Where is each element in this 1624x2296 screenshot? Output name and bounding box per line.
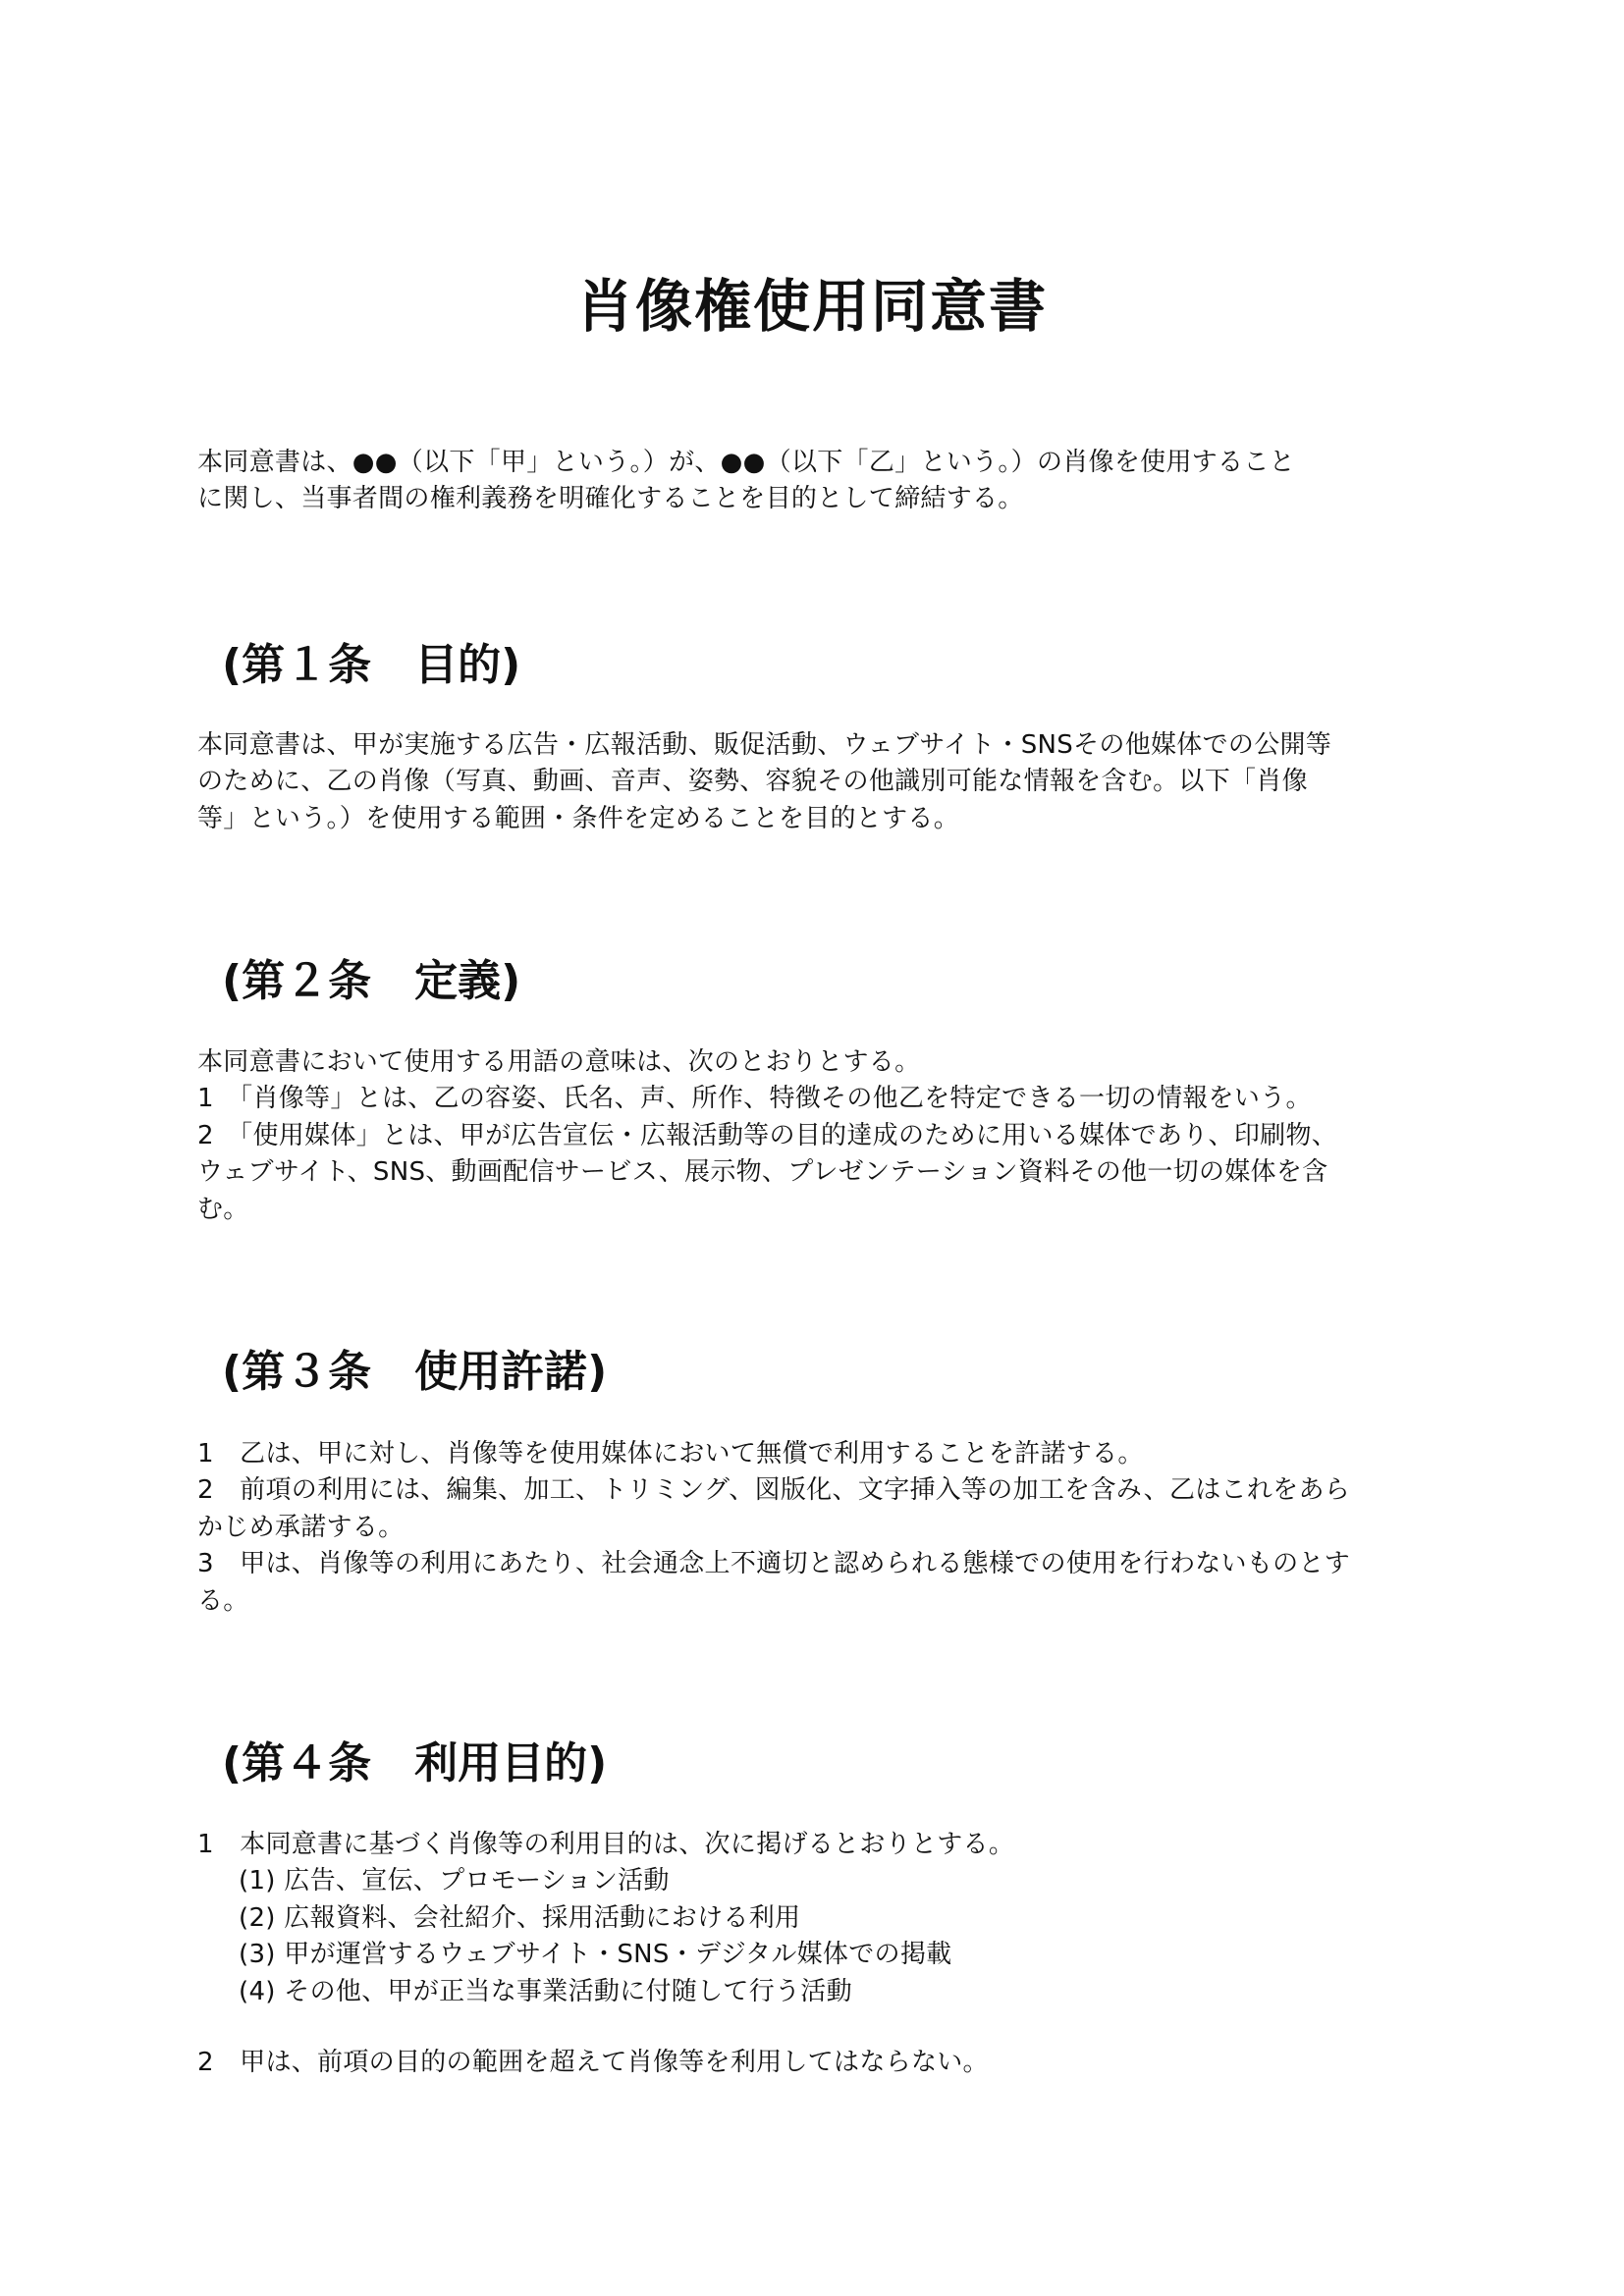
purpose-list-item: (1) 広告、宣伝、プロモーション活動 [197, 1863, 1435, 1899]
article-line: 2 甲は、前項の目的の範囲を超えて肖像等を利用してはならない。 [197, 2045, 1435, 2081]
document-page: 肖像権使用同意書 本同意書は、●●（以下「甲」という。）が、●●（以下「乙」とい… [0, 0, 1624, 2296]
article-line: かじめ承諾する。 [197, 1510, 1435, 1546]
article-3-heading: (第３条 使用許諾) [222, 1343, 607, 1402]
purpose-list-item: (4) その他、甲が正当な事業活動に付随して行う活動 [197, 1974, 1435, 2010]
article-line: 1 本同意書に基づく肖像等の利用目的は、次に掲げるとおりとする。 [197, 1827, 1435, 1863]
article-line: 2 前項の利用には、編集、加工、トリミング、図版化、文字挿入等の加工を含み、乙は… [197, 1472, 1435, 1509]
article-4-body: 1 本同意書に基づく肖像等の利用目的は、次に掲げるとおりとする。 (1) 広告、… [197, 1827, 1435, 2010]
intro-line: に関し、当事者間の権利義務を明確化することを目的として締結する。 [197, 481, 1435, 517]
document-title: 肖像権使用同意書 [0, 267, 1624, 346]
article-2-heading: (第２条 定義) [222, 952, 520, 1011]
article-4-closing: 2 甲は、前項の目的の範囲を超えて肖像等を利用してはならない。 [197, 2045, 1435, 2081]
article-line: のために、乙の肖像（写真、動画、音声、姿勢、容貌その他識別可能な情報を含む。以下… [197, 764, 1435, 800]
article-line: ウェブサイト、SNS、動画配信サービス、展示物、プレゼンテーション資料その他一切… [197, 1154, 1435, 1191]
article-1-body: 本同意書は、甲が実施する広告・広報活動、販促活動、ウェブサイト・SNSその他媒体… [197, 727, 1435, 837]
article-line: 本同意書において使用する用語の意味は、次のとおりとする。 [197, 1044, 1435, 1081]
article-line: 3 甲は、肖像等の利用にあたり、社会通念上不適切と認められる態様での使用を行わな… [197, 1546, 1435, 1582]
article-line: 1 乙は、甲に対し、肖像等を使用媒体において無償で利用することを許諾する。 [197, 1436, 1435, 1472]
article-line: 1 「肖像等」とは、乙の容姿、氏名、声、所作、特徴その他乙を特定できる一切の情報… [197, 1081, 1435, 1117]
intro-line: 本同意書は、●●（以下「甲」という。）が、●●（以下「乙」という。）の肖像を使用… [197, 445, 1435, 481]
article-1-heading: (第１条 目的) [222, 636, 520, 695]
purpose-list-item: (3) 甲が運営するウェブサイト・SNS・デジタル媒体での掲載 [197, 1937, 1435, 1973]
article-line: 本同意書は、甲が実施する広告・広報活動、販促活動、ウェブサイト・SNSその他媒体… [197, 727, 1435, 764]
article-2-body: 本同意書において使用する用語の意味は、次のとおりとする。 1 「肖像等」とは、乙… [197, 1044, 1435, 1228]
article-line: る。 [197, 1583, 1435, 1620]
intro-paragraph: 本同意書は、●●（以下「甲」という。）が、●●（以下「乙」という。）の肖像を使用… [197, 445, 1435, 518]
article-line: 等」という。）を使用する範囲・条件を定めることを目的とする。 [197, 801, 1435, 837]
article-line: む。 [197, 1192, 1435, 1228]
article-line: 2 「使用媒体」とは、甲が広告宣伝・広報活動等の目的達成のために用いる媒体であり… [197, 1118, 1435, 1154]
article-4-heading: (第４条 利用目的) [222, 1735, 607, 1793]
purpose-list-item: (2) 広報資料、会社紹介、採用活動における利用 [197, 1900, 1435, 1937]
article-3-body: 1 乙は、甲に対し、肖像等を使用媒体において無償で利用することを許諾する。 2 … [197, 1436, 1435, 1620]
